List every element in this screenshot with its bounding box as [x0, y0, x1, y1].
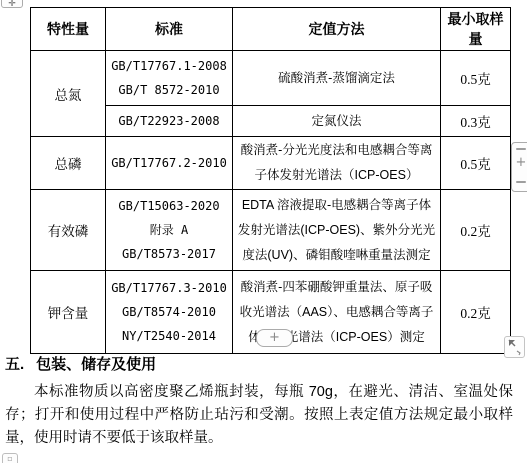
- plus-icon: +: [512, 150, 527, 176]
- header-standard: 标准: [106, 8, 233, 51]
- cell-standards: GB/T15063-2020 附录 A GB/T8573-2017: [106, 190, 233, 271]
- cell-standards: GB/T17767.2-2010: [106, 137, 233, 190]
- table-row: 总磷 GB/T17767.2-2010 酸消煮-分光光度法和电感耦合等离子体发射…: [31, 137, 511, 190]
- insert-row-button[interactable]: +: [256, 329, 293, 347]
- document-page: ✛ 特性量 标准 定值方法 最小取样量 总氮 GB/T17767.1-2008 …: [0, 0, 527, 463]
- cell-method: 定氮仪法: [233, 106, 441, 137]
- section-title: 包装、储存及使用: [36, 356, 156, 373]
- cell-analyte-available-phosphorus: 有效磷: [31, 190, 106, 271]
- table-resize-handle-button[interactable]: [504, 336, 525, 358]
- table-move-handle-button[interactable]: ✛: [1, 0, 23, 8]
- partial-glyph-icon: ▫: [7, 454, 12, 463]
- scrollbar-plus-control[interactable]: +: [511, 142, 527, 192]
- cell-min-sample: 0.5克: [441, 137, 511, 190]
- cell-min-sample: 0.5克: [441, 51, 511, 106]
- bottom-left-partial-control[interactable]: ▫: [2, 453, 18, 463]
- table-row: 有效磷 GB/T15063-2020 附录 A GB/T8573-2017 ED…: [31, 190, 511, 271]
- cell-analyte-total-nitrogen: 总氮: [31, 51, 106, 137]
- cell-standards: GB/T17767.1-2008 GB/T 8572-2010: [106, 51, 233, 106]
- cell-standards: GB/T22923-2008: [106, 106, 233, 137]
- header-method: 定值方法: [233, 8, 441, 51]
- table-header-row: 特性量 标准 定值方法 最小取样量: [31, 8, 511, 51]
- cell-min-sample: 0.3克: [441, 106, 511, 137]
- cell-min-sample: 0.2克: [441, 190, 511, 271]
- cell-method: 硫酸消煮-蒸馏滴定法: [233, 51, 441, 106]
- section-number: 五.: [5, 356, 24, 373]
- plus-icon: +: [269, 330, 280, 345]
- cell-standards: GB/T17767.3-2010 GB/T8574-2010 NY/T2540-…: [106, 271, 233, 354]
- body-paragraph: 本标准物质以高密度聚乙烯瓶封装，每瓶 70g，在避光、清洁、室温处保存；打开和使…: [5, 381, 513, 450]
- move-handle-icon: ✛: [8, 0, 16, 9]
- header-min-sample: 最小取样量: [441, 8, 511, 51]
- cell-method: EDTA 溶液提取-电感耦合等离子体发射光谱法(ICP-OES)、紫外分光光度法…: [233, 190, 441, 271]
- table-row: 总氮 GB/T17767.1-2008 GB/T 8572-2010 硫酸消煮-…: [31, 51, 511, 106]
- resize-arrow-icon: [505, 337, 524, 357]
- header-analyte: 特性量: [31, 8, 106, 51]
- cell-min-sample: 0.2克: [441, 271, 511, 354]
- cell-method: 酸消煮-分光光度法和电感耦合等离子体发射光谱法（ICP-OES）: [233, 137, 441, 190]
- cell-analyte-total-phosphorus: 总磷: [31, 137, 106, 190]
- scrollbar-bottom-bar: [516, 181, 526, 183]
- cell-analyte-potassium: 钾含量: [31, 271, 106, 354]
- properties-table: 特性量 标准 定值方法 最小取样量 总氮 GB/T17767.1-2008 GB…: [30, 7, 511, 354]
- section-heading: 五.包装、储存及使用: [5, 353, 156, 374]
